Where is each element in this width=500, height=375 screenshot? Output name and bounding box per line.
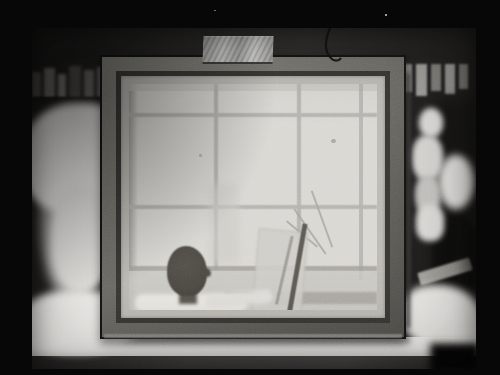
- row-of-small-pictures: [402, 64, 474, 102]
- figure-profile-nose: [202, 268, 211, 277]
- paint-smudge: [209, 184, 239, 264]
- painting: [129, 84, 377, 310]
- wall-catchlight: [406, 73, 410, 328]
- dust-speck: [385, 14, 387, 16]
- frame-molding: [102, 57, 404, 337]
- small-framed-picture: [459, 64, 468, 89]
- frame-liner: [121, 76, 385, 318]
- shelf-of-casts: [32, 60, 110, 98]
- window-muntin-horizontal: [129, 205, 377, 209]
- dust-speck: [214, 10, 216, 11]
- plaster-cast: [44, 68, 55, 98]
- clip-metal-texture: [203, 36, 274, 62]
- photograph: [32, 28, 476, 369]
- window-sash-top: [129, 84, 377, 91]
- plaster-cast: [32, 72, 41, 98]
- paint-speck: [199, 154, 202, 157]
- frame-bottom-highlight: [104, 334, 402, 338]
- figure-head: [167, 246, 207, 296]
- plaster-cast: [84, 70, 94, 98]
- metal-clip: [203, 36, 274, 64]
- small-framed-picture: [445, 64, 455, 94]
- window-muntin-horizontal: [129, 113, 377, 117]
- ledge-front-edge: [32, 356, 476, 369]
- picture-frame: [100, 55, 406, 339]
- paint-speck: [331, 139, 336, 143]
- hanging-wire: [320, 28, 344, 66]
- dark-corner-patch: [430, 343, 476, 369]
- small-framed-picture: [416, 64, 427, 96]
- plaster-cast: [58, 74, 66, 98]
- plaster-fragment: [438, 155, 474, 209]
- putto-statue-head: [419, 108, 443, 138]
- putto-statue-base: [416, 205, 444, 241]
- plaster-cast: [69, 66, 81, 98]
- photo-plate: [0, 0, 500, 375]
- frame-inner-step: [116, 71, 390, 323]
- small-framed-picture: [431, 64, 441, 91]
